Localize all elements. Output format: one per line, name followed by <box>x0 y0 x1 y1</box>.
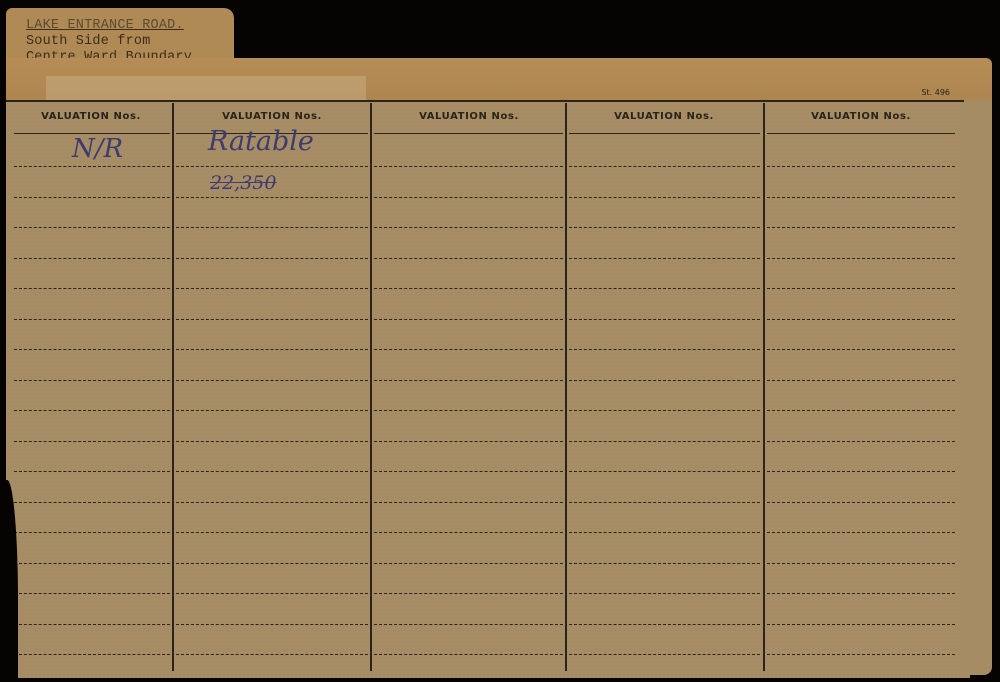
row-rule <box>374 319 563 320</box>
row-rule <box>374 410 563 411</box>
row-rule <box>569 349 760 350</box>
row-rule <box>374 197 563 198</box>
row-rule <box>569 593 760 594</box>
handwritten-entry-ratable: Ratable <box>208 126 314 157</box>
header-rule <box>569 133 760 134</box>
row-rule <box>176 227 368 228</box>
row-rule <box>767 563 955 564</box>
row-rule <box>767 624 955 625</box>
row-rule <box>14 227 170 228</box>
handwritten-entry-value-struck: 22,350 <box>210 172 276 194</box>
row-rule <box>374 288 563 289</box>
row-rule <box>767 319 955 320</box>
row-rule <box>767 441 955 442</box>
row-rule <box>767 166 955 167</box>
row-rule <box>176 471 368 472</box>
row-rule <box>176 166 368 167</box>
row-rule <box>14 563 170 564</box>
row-rule <box>569 441 760 442</box>
row-rule <box>767 532 955 533</box>
row-rule <box>569 197 760 198</box>
row-rule <box>176 593 368 594</box>
row-rule <box>176 410 368 411</box>
row-rule <box>374 563 563 564</box>
column-divider <box>172 103 174 671</box>
row-rule <box>569 654 760 655</box>
column-header-4: VALUATION Nos. <box>568 111 760 122</box>
row-rule <box>767 502 955 503</box>
row-rule <box>14 502 170 503</box>
column-divider <box>565 103 567 671</box>
column-header-3: VALUATION Nos. <box>374 111 564 122</box>
row-rule <box>374 166 563 167</box>
row-rule <box>569 563 760 564</box>
handwritten-entry-nr: N/R <box>72 134 123 164</box>
row-rule <box>14 258 170 259</box>
row-rule <box>374 380 563 381</box>
row-rule <box>374 654 563 655</box>
row-rule <box>14 410 170 411</box>
row-rule <box>374 471 563 472</box>
row-rule <box>14 288 170 289</box>
row-rule <box>569 258 760 259</box>
row-rule <box>569 624 760 625</box>
card-right-edge <box>960 100 992 675</box>
row-rule <box>767 593 955 594</box>
column-header-2: VALUATION Nos. <box>176 111 368 122</box>
header-rule <box>767 133 955 134</box>
row-rule <box>176 349 368 350</box>
row-rule <box>569 502 760 503</box>
row-rule <box>767 349 955 350</box>
top-strip: St. 496 <box>6 58 992 102</box>
row-rule <box>14 441 170 442</box>
row-rule <box>569 471 760 472</box>
column-headers: VALUATION Nos. VALUATION Nos. VALUATION … <box>8 103 958 131</box>
header-rule <box>374 133 563 134</box>
row-rule <box>767 227 955 228</box>
street-side: South Side from <box>26 34 192 50</box>
row-rule <box>374 624 563 625</box>
row-rule <box>176 441 368 442</box>
row-rule <box>767 654 955 655</box>
valuation-grid <box>6 100 970 678</box>
row-rule <box>569 410 760 411</box>
row-rule <box>569 166 760 167</box>
row-rule <box>374 502 563 503</box>
row-rule <box>569 532 760 533</box>
row-rule <box>374 258 563 259</box>
row-rule <box>374 349 563 350</box>
row-rule <box>767 258 955 259</box>
row-rule <box>176 563 368 564</box>
form-code: St. 496 <box>921 88 950 97</box>
row-rule <box>14 471 170 472</box>
row-rule <box>14 197 170 198</box>
row-rule <box>14 319 170 320</box>
row-rule <box>176 319 368 320</box>
tape-patch <box>46 76 366 102</box>
row-rule <box>569 380 760 381</box>
row-rule <box>176 502 368 503</box>
street-name: LAKE ENTRANCE ROAD. <box>26 18 192 34</box>
row-rule <box>14 380 170 381</box>
column-divider <box>370 103 372 671</box>
row-rule <box>176 532 368 533</box>
row-rule <box>176 624 368 625</box>
row-rule <box>374 441 563 442</box>
row-rule <box>176 258 368 259</box>
row-rule <box>14 532 170 533</box>
column-divider <box>763 103 765 671</box>
row-rule <box>569 227 760 228</box>
top-rule <box>6 100 964 102</box>
row-rule <box>767 380 955 381</box>
row-rule <box>767 410 955 411</box>
row-rule <box>176 654 368 655</box>
row-rule <box>14 593 170 594</box>
row-rule <box>569 319 760 320</box>
row-rule <box>569 288 760 289</box>
column-header-5: VALUATION Nos. <box>766 111 956 122</box>
column-header-1: VALUATION Nos. <box>16 111 166 122</box>
row-rule <box>176 380 368 381</box>
row-rule <box>14 166 170 167</box>
row-rule <box>767 288 955 289</box>
row-rule <box>374 532 563 533</box>
row-rule <box>767 197 955 198</box>
row-rule <box>14 349 170 350</box>
row-rule <box>176 288 368 289</box>
row-rule <box>374 593 563 594</box>
row-rule <box>374 227 563 228</box>
row-rule <box>767 471 955 472</box>
row-rule <box>176 197 368 198</box>
row-rule <box>14 654 170 655</box>
row-rule <box>14 624 170 625</box>
